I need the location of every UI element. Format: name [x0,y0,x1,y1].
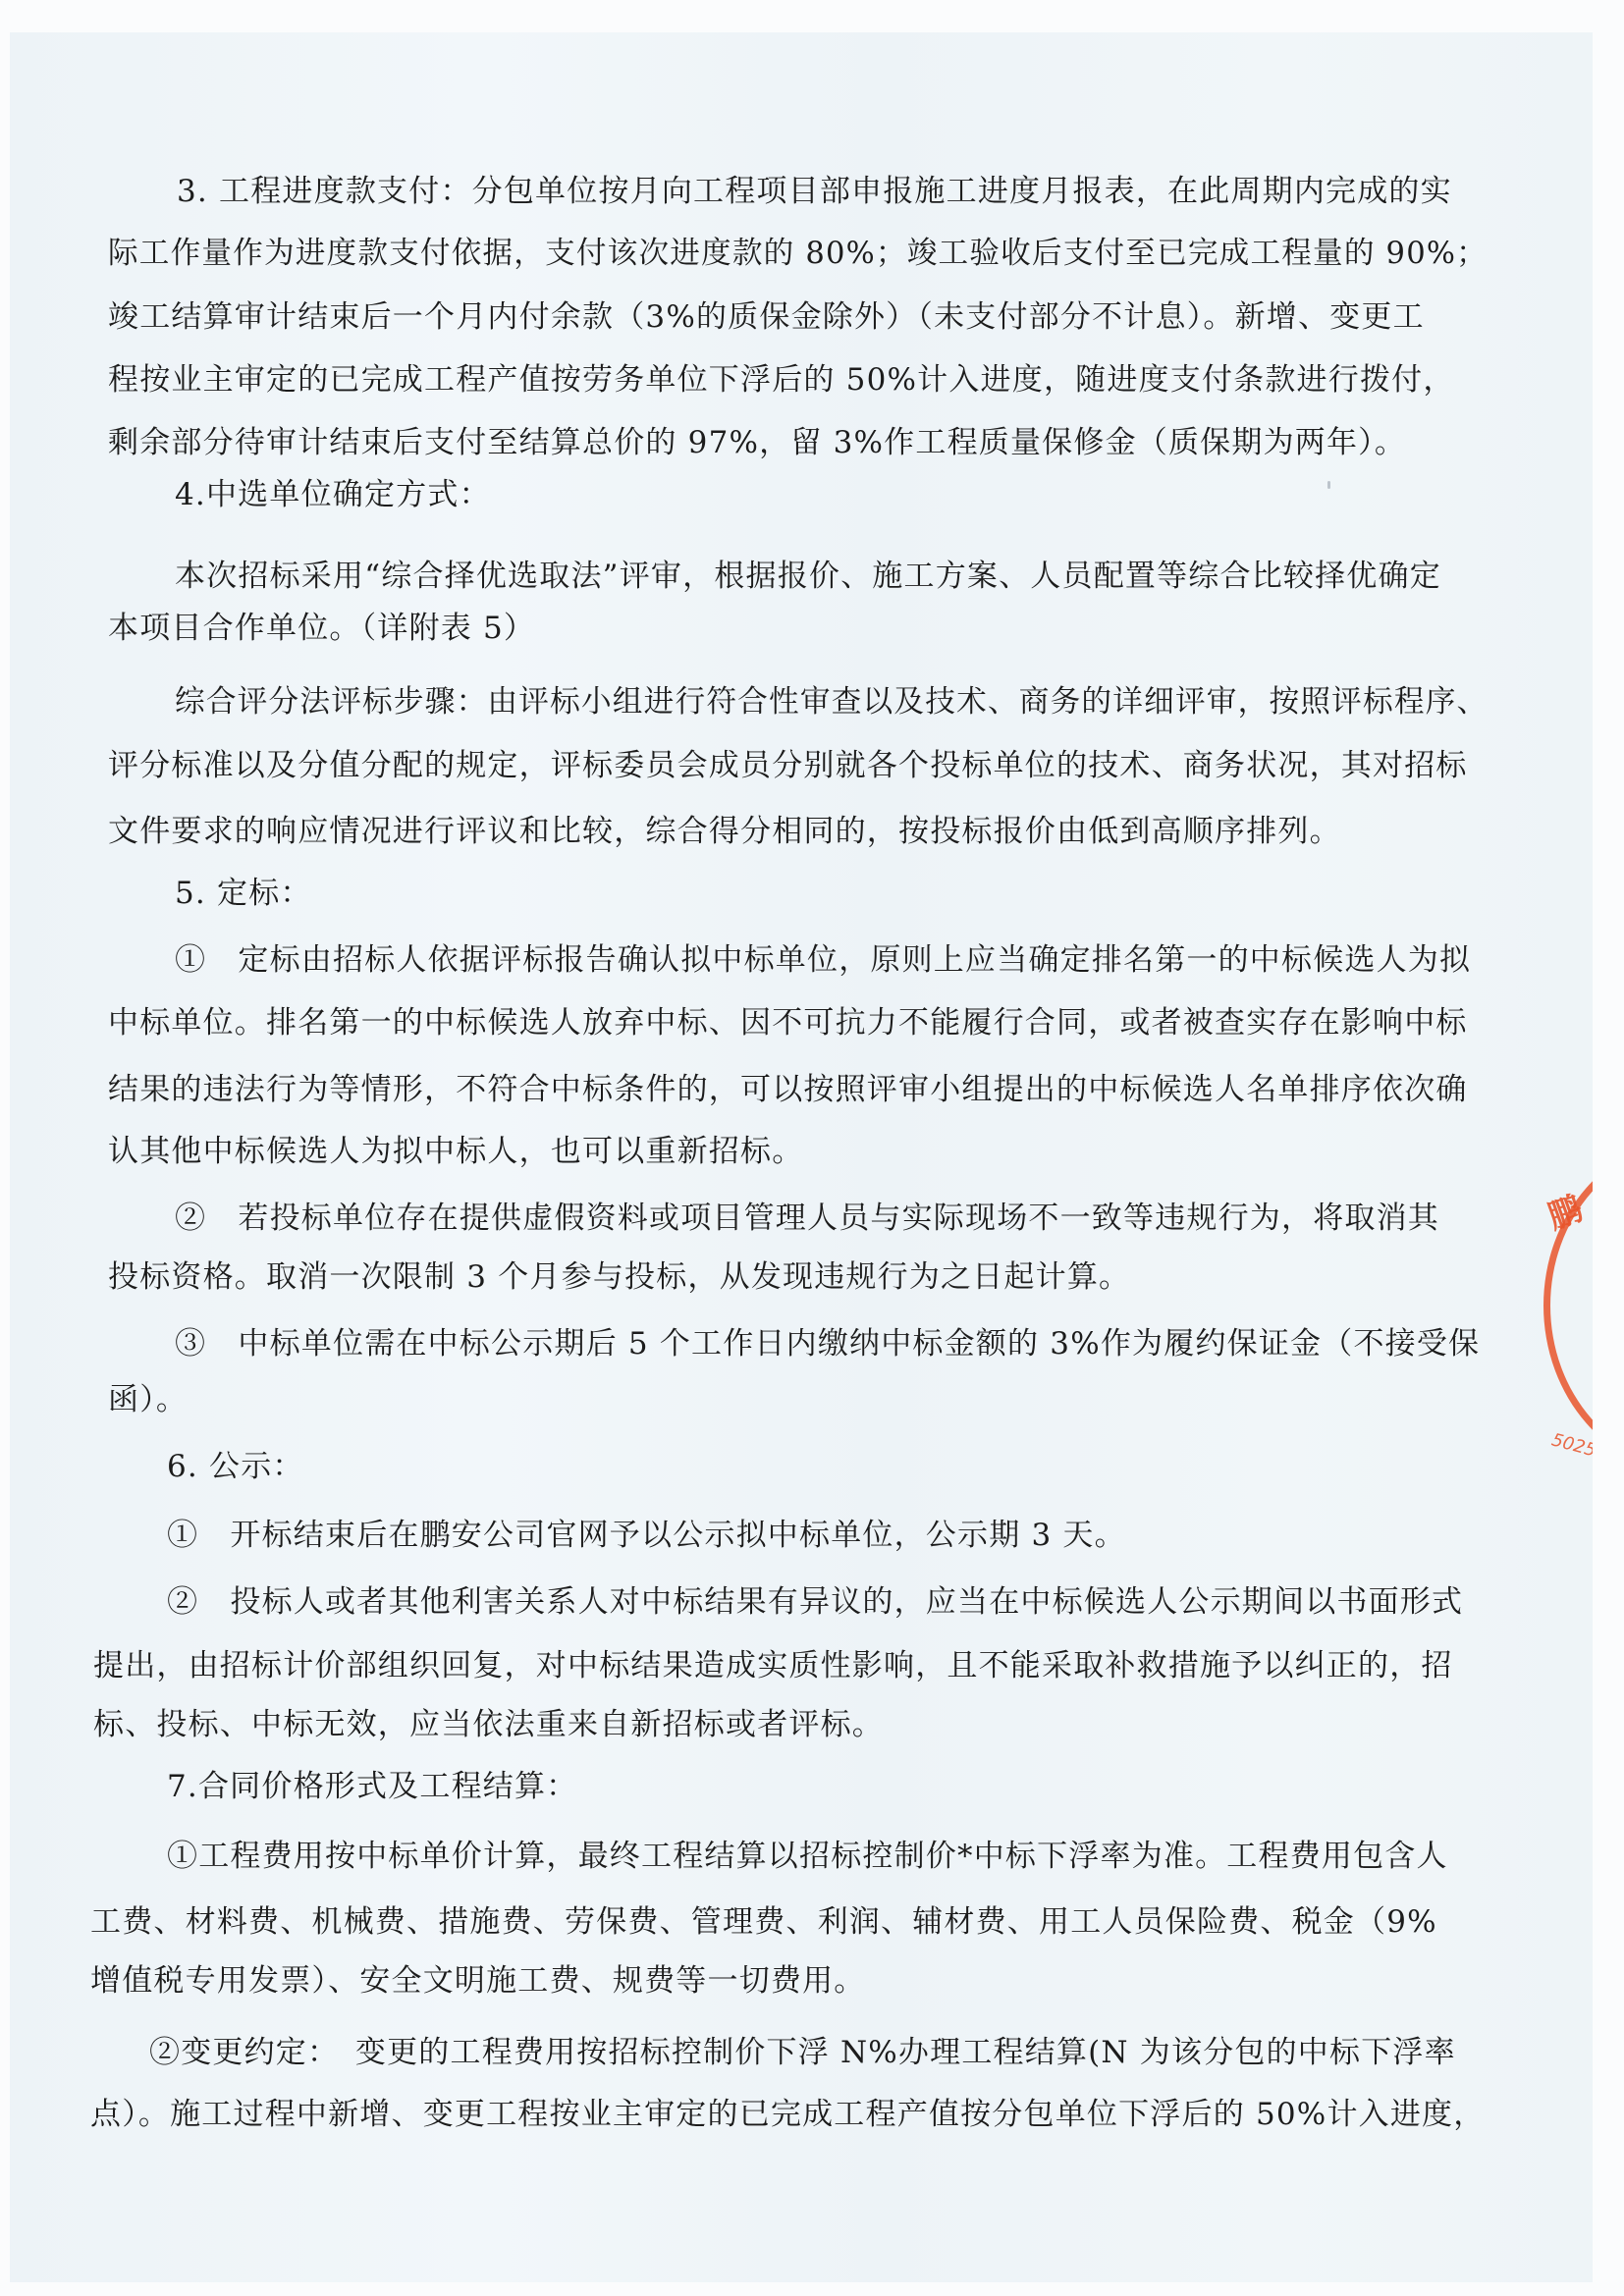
text-line: 际工作量作为进度款支付依据，支付该次进度款的 80%；竣工验收后支付至已完成工程… [108,234,1488,273]
text-line: 标、投标、中标无效，应当依法重来自新招标或者评标。 [93,1705,884,1744]
text-line: 中标单位。排名第一的中标候选人放弃中标、因不可抗力不能履行合同，或者被查实存在影… [108,1003,1468,1042]
text-line: ①工程费用按中标单价计算，最终工程结算以招标控制价*中标下浮率为准。工程费用包含… [167,1837,1448,1876]
seal-number: 5025 [1549,1429,1593,1461]
red-seal-stamp: 鹏 5025 [1543,1129,1593,1492]
text-line: 5. 定标： [175,874,312,913]
text-line: ① 定标由招标人依据评标报告确认拟中标单位，原则上应当确定排名第一的中标候选人为… [175,940,1471,980]
text-line: 6. 公示： [167,1447,304,1486]
text-line: 函）。 [108,1380,188,1419]
text-line: 7.合同价格形式及工程结算： [167,1767,577,1806]
text-line: 投标资格。取消一次限制 3 个月参与投标，从发现违规行为之日起计算。 [108,1257,1130,1297]
scan-speck [1327,481,1330,489]
text-line: 综合评分法评标步骤：由评标小组进行符合性审查以及技术、商务的详细评审，按照评标程… [175,682,1488,721]
text-line: 认其他中标候选人为拟中标人，也可以重新招标。 [108,1132,803,1171]
text-line: ②变更约定： 变更的工程费用按招标控制价下浮 N%办理工程结算(N 为该分包的中… [149,2033,1456,2072]
text-line: 本次招标采用“综合择优选取法”评审，根据报价、施工方案、人员配置等综合比较择优确… [175,557,1441,596]
text-line: ① 开标结束后在鹏安公司官网予以公示拟中标单位，公示期 3 天。 [167,1516,1126,1555]
text-line: ③ 中标单位需在中标公示期后 5 个工作日内缴纳中标金额的 3%作为履约保证金（… [175,1324,1480,1363]
text-line: 4.中选单位确定方式： [175,475,491,514]
text-line: 文件要求的响应情况进行评议和比较，综合得分相同的，按投标报价由低到高顺序排列。 [108,812,1341,851]
text-line: 3. 工程进度款支付：分包单位按月向工程项目部申报施工进度月报表，在此周期内完成… [177,172,1452,211]
text-line: 剩余部分待审计结束后支付至结算总价的 97%，留 3%作工程质量保修金（质保期为… [108,423,1406,462]
text-line: 程按业主审定的已完成工程产值按劳务单位下浮后的 50%计入进度，随进度支付条款进… [108,360,1455,400]
text-line: ② 若投标单位存在提供虚假资料或项目管理人员与实际现场不一致等违规行为，将取消其 [175,1199,1439,1238]
text-line: 点）。施工过程中新增、变更工程按业主审定的已完成工程产值按分包单位下浮后的 50… [90,2095,1485,2134]
text-line: 本项目合作单位。（详附表 5） [108,609,535,648]
text-line: 提出，由招标计价部组织回复，对中标结果造成实质性影响，且不能采取补救措施予以纠正… [93,1646,1453,1685]
text-line: 工费、材料费、机械费、措施费、劳保费、管理费、利润、辅材费、用工人员保险费、税金… [90,1902,1437,1942]
text-line: 竣工结算审计结束后一个月内付余款（3%的质保金除外）（未支付部分不计息）。新增、… [108,297,1425,337]
text-line: 评分标准以及分值分配的规定，评标委员会成员分别就各个投标单位的技术、商务状况，其… [108,746,1468,785]
text-line: 结果的违法行为等情形，不符合中标条件的，可以按照评审小组提出的中标候选人名单排序… [108,1070,1468,1109]
text-line: 增值税专用发票）、安全文明施工费、规费等一切费用。 [90,1961,866,2001]
text-line: ② 投标人或者其他利害关系人对中标结果有异议的，应当在中标候选人公示期间以书面形… [167,1582,1463,1622]
